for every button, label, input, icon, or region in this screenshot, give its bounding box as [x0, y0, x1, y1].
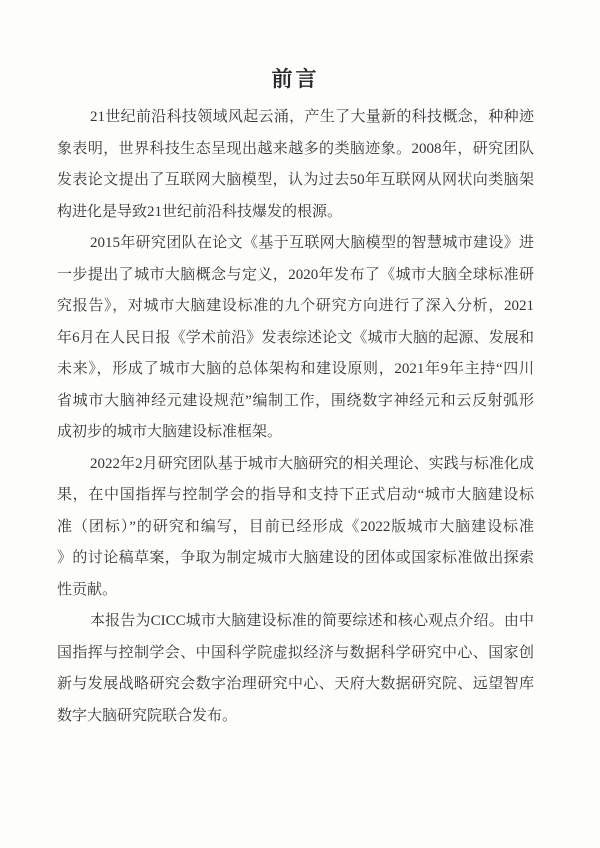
text-line: 究报告》，对城市大脑建设标准的九个研究方向进行了深入分析，2021 — [57, 291, 534, 323]
text-line: 2015年研究团队在论文《基于互联网大脑模型的智慧城市建设》进 — [57, 228, 534, 260]
text-line: 》的讨论稿草案，争取为制定城市大脑建设的团体或国家标准做出探索 — [57, 543, 534, 575]
text-line: 性贡献。 — [57, 575, 534, 607]
text-line: 2022年2月研究团队基于城市大脑研究的相关理论、实践与标准化成 — [57, 449, 534, 481]
text-line: 本报告为CICC城市大脑建设标准的简要综述和核心观点介绍。由中 — [57, 606, 534, 638]
text-line: 准（团标）”的研究和编写，目前已经形成《2022版城市大脑建设标准 — [57, 512, 534, 544]
page-title: 前言 — [57, 64, 534, 94]
page-content: 前言 21世纪前沿科技领域风起云涌，产生了大量新的科技概念，种种迹象表明，世界科… — [57, 64, 534, 732]
document-page: 前言 21世纪前沿科技领域风起云涌，产生了大量新的科技概念，种种迹象表明，世界科… — [0, 0, 600, 848]
text-line: 数字大脑研究院联合发布。 — [57, 701, 534, 733]
text-line: 一步提出了城市大脑概念与定义，2020年发布了《城市大脑全球标准研 — [57, 260, 534, 292]
text-line: 发表论文提出了互联网大脑模型，认为过去50年互联网从网状向类脑架 — [57, 165, 534, 197]
text-line: 构进化是导致21世纪前沿科技爆发的根源。 — [57, 197, 534, 229]
text-line: 新与发展战略研究会数字治理研究中心、天府大数据研究院、远望智库 — [57, 669, 534, 701]
text-line: 象表明，世界科技生态呈现出越来越多的类脑迹象。2008年，研究团队 — [57, 134, 534, 166]
text-line: 国指挥与控制学会、中国科学院虚拟经济与数据科学研究中心、国家创 — [57, 638, 534, 670]
text-line: 成初步的城市大脑建设标准框架。 — [57, 417, 534, 449]
text-line: 年6月在人民日报《学术前沿》发表综述论文《城市大脑的起源、发展和 — [57, 323, 534, 355]
text-line: 省城市大脑神经元建设规范”编制工作，围绕数字神经元和云反射弧形 — [57, 386, 534, 418]
text-line: 未来》，形成了城市大脑的总体架构和建设原则，2021年9年主持“四川 — [57, 354, 534, 386]
text-line: 果，在中国指挥与控制学会的指导和支持下正式启动“城市大脑建设标 — [57, 480, 534, 512]
preface-body: 21世纪前沿科技领域风起云涌，产生了大量新的科技概念，种种迹象表明，世界科技生态… — [57, 102, 534, 732]
text-line: 21世纪前沿科技领域风起云涌，产生了大量新的科技概念，种种迹 — [57, 102, 534, 134]
